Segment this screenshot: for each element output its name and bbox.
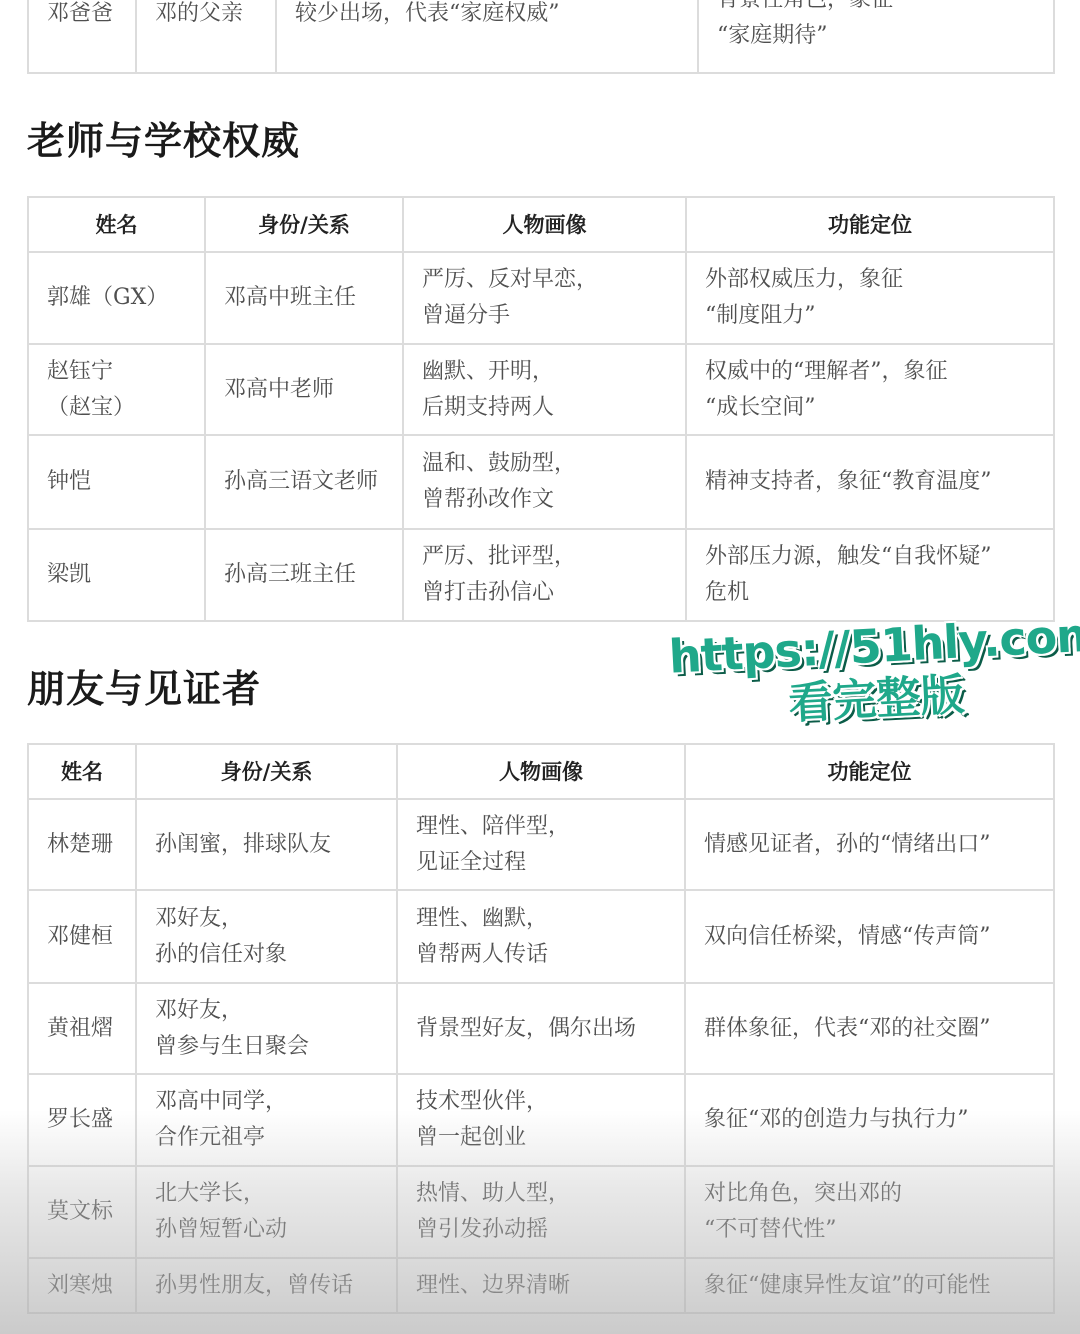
cell-name: 钟恺 [28,435,205,529]
cell-line: （赵宝） [47,390,186,426]
table-header-row: 姓名 身份/关系 人物画像 功能定位 [28,197,1054,252]
family-table-fragment: 邓爸爸 邓的父亲 较少出场，代表“家庭权威” 背景性角色，象征 “家庭期待” [27,0,1055,74]
cell-relation: 邓高中老师 [205,344,403,435]
cell-line: 莫文标 [47,1194,117,1230]
cell-line: 理性、边界清晰 [416,1268,666,1304]
cell-line: 背景型好友，偶尔出场 [416,1011,666,1047]
cell-line: “制度阻力” [705,298,1035,334]
cell-line: 北大学长， [155,1176,378,1212]
cell-line: 外部权威压力，象征 [705,262,1035,298]
cell-line: 曾引发孙动摇 [416,1212,666,1248]
cell-relation: 孙高三班主任 [205,529,403,621]
cell-function: 权威中的“理解者”，象征“成长空间” [686,344,1054,435]
cell-portrait: 较少出场，代表“家庭权威” [276,0,698,73]
cell-line: 理性、幽默， [416,901,666,937]
cell-line: 对比角色，突出邓的 [704,1176,1035,1212]
header-name: 姓名 [28,197,205,252]
table-row: 罗长盛 邓高中同学，合作元祖亭 技术型伙伴，曾一起创业 象征“邓的创造力与执行力… [28,1074,1054,1166]
cell-relation: 孙闺蜜，排球队友 [136,799,397,890]
table-row: 赵钰宁（赵宝） 邓高中老师 幽默、开明，后期支持两人 权威中的“理解者”，象征“… [28,344,1054,435]
cell-portrait: 背景型好友，偶尔出场 [397,983,685,1074]
cell-name: 刘寒烛 [28,1258,136,1313]
cell-line: 郭雄（GX） [47,280,186,316]
header-relation: 身份/关系 [205,197,403,252]
cell-line: 曾逼分手 [422,298,667,334]
cell-line: 严厉、反对早恋， [422,262,667,298]
cell-portrait: 严厉、反对早恋，曾逼分手 [403,252,686,344]
watermark: https://51hly.com 看完整版 [667,607,1080,736]
cell-line: 热情、助人型， [416,1176,666,1212]
cell-line: 危机 [705,575,1035,611]
cell-relation: 邓高中班主任 [205,252,403,344]
cell-function: 象征“邓的创造力与执行力” [685,1074,1054,1166]
cell-relation: 邓的父亲 [136,0,276,73]
cell-line: 林楚珊 [47,827,117,863]
header-portrait: 人物画像 [403,197,686,252]
cell-line: 孙高三班主任 [224,557,384,593]
cell-line: 技术型伙伴， [416,1084,666,1120]
cell-portrait: 严厉、批评型，曾打击孙信心 [403,529,686,621]
cell-relation: 北大学长，孙曾短暂心动 [136,1166,397,1258]
cell-line: 邓好友， [155,993,378,1029]
cell-name: 罗长盛 [28,1074,136,1166]
cell-line: 邓高中班主任 [224,280,384,316]
cell-line: 孙的信任对象 [155,937,378,973]
table-row: 邓健桓 邓好友，孙的信任对象 理性、幽默，曾帮两人传话 双向信任桥梁，情感“传声… [28,890,1054,983]
cell-line: 刘寒烛 [47,1268,117,1304]
section-title-teachers: 老师与学校权威 [27,110,300,165]
cell-portrait: 温和、鼓励型，曾帮孙改作文 [403,435,686,529]
cell-line: 邓高中同学， [155,1084,378,1120]
cell-line: 幽默、开明， [422,354,667,390]
cell-line: 曾帮孙改作文 [422,482,667,518]
cell-name: 林楚珊 [28,799,136,890]
cell-function: 对比角色，突出邓的“不可替代性” [685,1166,1054,1258]
cell-function: 双向信任桥梁，情感“传声筒” [685,890,1054,983]
cell-portrait: 理性、幽默，曾帮两人传话 [397,890,685,983]
cell-name: 梁凯 [28,529,205,621]
cell-name: 邓健桓 [28,890,136,983]
friends-table: 姓名 身份/关系 人物画像 功能定位 林楚珊 孙闺蜜，排球队友 理性、陪伴型，见… [27,743,1055,1314]
cell-line: 精神支持者，象征“教育温度” [705,464,1035,500]
cell-relation: 孙高三语文老师 [205,435,403,529]
cell-line: 邓好友， [155,901,378,937]
table-row: 林楚珊 孙闺蜜，排球队友 理性、陪伴型，见证全过程 情感见证者，孙的“情绪出口” [28,799,1054,890]
header-relation: 身份/关系 [136,744,397,799]
header-portrait: 人物画像 [397,744,685,799]
cell-relation: 邓高中同学，合作元祖亭 [136,1074,397,1166]
header-function: 功能定位 [686,197,1054,252]
table-row: 莫文标 北大学长，孙曾短暂心动 热情、助人型，曾引发孙动摇 对比角色，突出邓的“… [28,1166,1054,1258]
cell-relation: 孙男性朋友，曾传话 [136,1258,397,1313]
cell-line: 外部压力源，触发“自我怀疑” [705,539,1035,575]
cell-function: 象征“健康异性友谊”的可能性 [685,1258,1054,1313]
cell-line: 双向信任桥梁，情感“传声筒” [704,919,1035,955]
cell-relation: 邓好友，曾参与生日聚会 [136,983,397,1074]
cell-function: 外部压力源，触发“自我怀疑”危机 [686,529,1054,621]
cell-line: 邓健桓 [47,919,117,955]
cell-line: 孙男性朋友，曾传话 [155,1268,378,1304]
table-row: 郭雄（GX） 邓高中班主任 严厉、反对早恋，曾逼分手 外部权威压力，象征“制度阻… [28,252,1054,344]
cell-line: 曾帮两人传话 [416,937,666,973]
cell-function: 背景性角色，象征 “家庭期待” [698,0,1054,73]
table-row: 梁凯 孙高三班主任 严厉、批评型，曾打击孙信心 外部压力源，触发“自我怀疑”危机 [28,529,1054,621]
cell-line: 孙闺蜜，排球队友 [155,827,378,863]
cell-name: 邓爸爸 [28,0,136,73]
cell-line: 梁凯 [47,557,186,593]
table-row: 邓爸爸 邓的父亲 较少出场，代表“家庭权威” 背景性角色，象征 “家庭期待” [28,0,1054,73]
cell-line: 象征“邓的创造力与执行力” [704,1102,1035,1138]
cell-line: 钟恺 [47,464,186,500]
cell-line: 严厉、批评型， [422,539,667,575]
section-title-friends: 朋友与见证者 [27,658,261,713]
cell-function: 群体象征，代表“邓的社交圈” [685,983,1054,1074]
cell-line: 权威中的“理解者”，象征 [705,354,1035,390]
cell-line: 曾一起创业 [416,1120,666,1156]
table-row: 刘寒烛 孙男性朋友，曾传话 理性、边界清晰 象征“健康异性友谊”的可能性 [28,1258,1054,1313]
header-function: 功能定位 [685,744,1054,799]
cell-line: 邓高中老师 [224,372,384,408]
cell-name: 郭雄（GX） [28,252,205,344]
cell-line: 曾打击孙信心 [422,575,667,611]
cell-line: “家庭期待” [717,18,1035,54]
cell-portrait: 理性、边界清晰 [397,1258,685,1313]
cell-portrait: 理性、陪伴型，见证全过程 [397,799,685,890]
cell-name: 莫文标 [28,1166,136,1258]
cell-line: “成长空间” [705,390,1035,426]
cell-name: 赵钰宁（赵宝） [28,344,205,435]
cell-name: 黄祖熠 [28,983,136,1074]
cell-relation: 邓好友，孙的信任对象 [136,890,397,983]
table-header-row: 姓名 身份/关系 人物画像 功能定位 [28,744,1054,799]
cell-line: 背景性角色，象征 [717,0,1035,18]
cell-function: 情感见证者，孙的“情绪出口” [685,799,1054,890]
table-row: 黄祖熠 邓好友，曾参与生日聚会 背景型好友，偶尔出场 群体象征，代表“邓的社交圈… [28,983,1054,1074]
table-row: 钟恺 孙高三语文老师 温和、鼓励型，曾帮孙改作文 精神支持者，象征“教育温度” [28,435,1054,529]
cell-line: 罗长盛 [47,1102,117,1138]
cell-portrait: 热情、助人型，曾引发孙动摇 [397,1166,685,1258]
teachers-table: 姓名 身份/关系 人物画像 功能定位 郭雄（GX） 邓高中班主任 严厉、反对早恋… [27,196,1055,622]
cell-portrait: 幽默、开明，后期支持两人 [403,344,686,435]
cell-function: 精神支持者，象征“教育温度” [686,435,1054,529]
cell-line: 情感见证者，孙的“情绪出口” [704,827,1035,863]
cell-line: 见证全过程 [416,845,666,881]
cell-portrait: 技术型伙伴，曾一起创业 [397,1074,685,1166]
cell-line: 曾参与生日聚会 [155,1029,378,1065]
cell-line: 合作元祖亭 [155,1120,378,1156]
cell-line: 黄祖熠 [47,1011,117,1047]
cell-line: 赵钰宁 [47,354,186,390]
cell-line: 理性、陪伴型， [416,809,666,845]
header-name: 姓名 [28,744,136,799]
cell-function: 外部权威压力，象征“制度阻力” [686,252,1054,344]
cell-line: 温和、鼓励型， [422,446,667,482]
cell-line: 孙曾短暂心动 [155,1212,378,1248]
cell-line: 象征“健康异性友谊”的可能性 [704,1268,1035,1304]
cell-line: 孙高三语文老师 [224,464,384,500]
cell-line: 后期支持两人 [422,390,667,426]
cell-line: “不可替代性” [704,1212,1035,1248]
cell-line: 群体象征，代表“邓的社交圈” [704,1011,1035,1047]
